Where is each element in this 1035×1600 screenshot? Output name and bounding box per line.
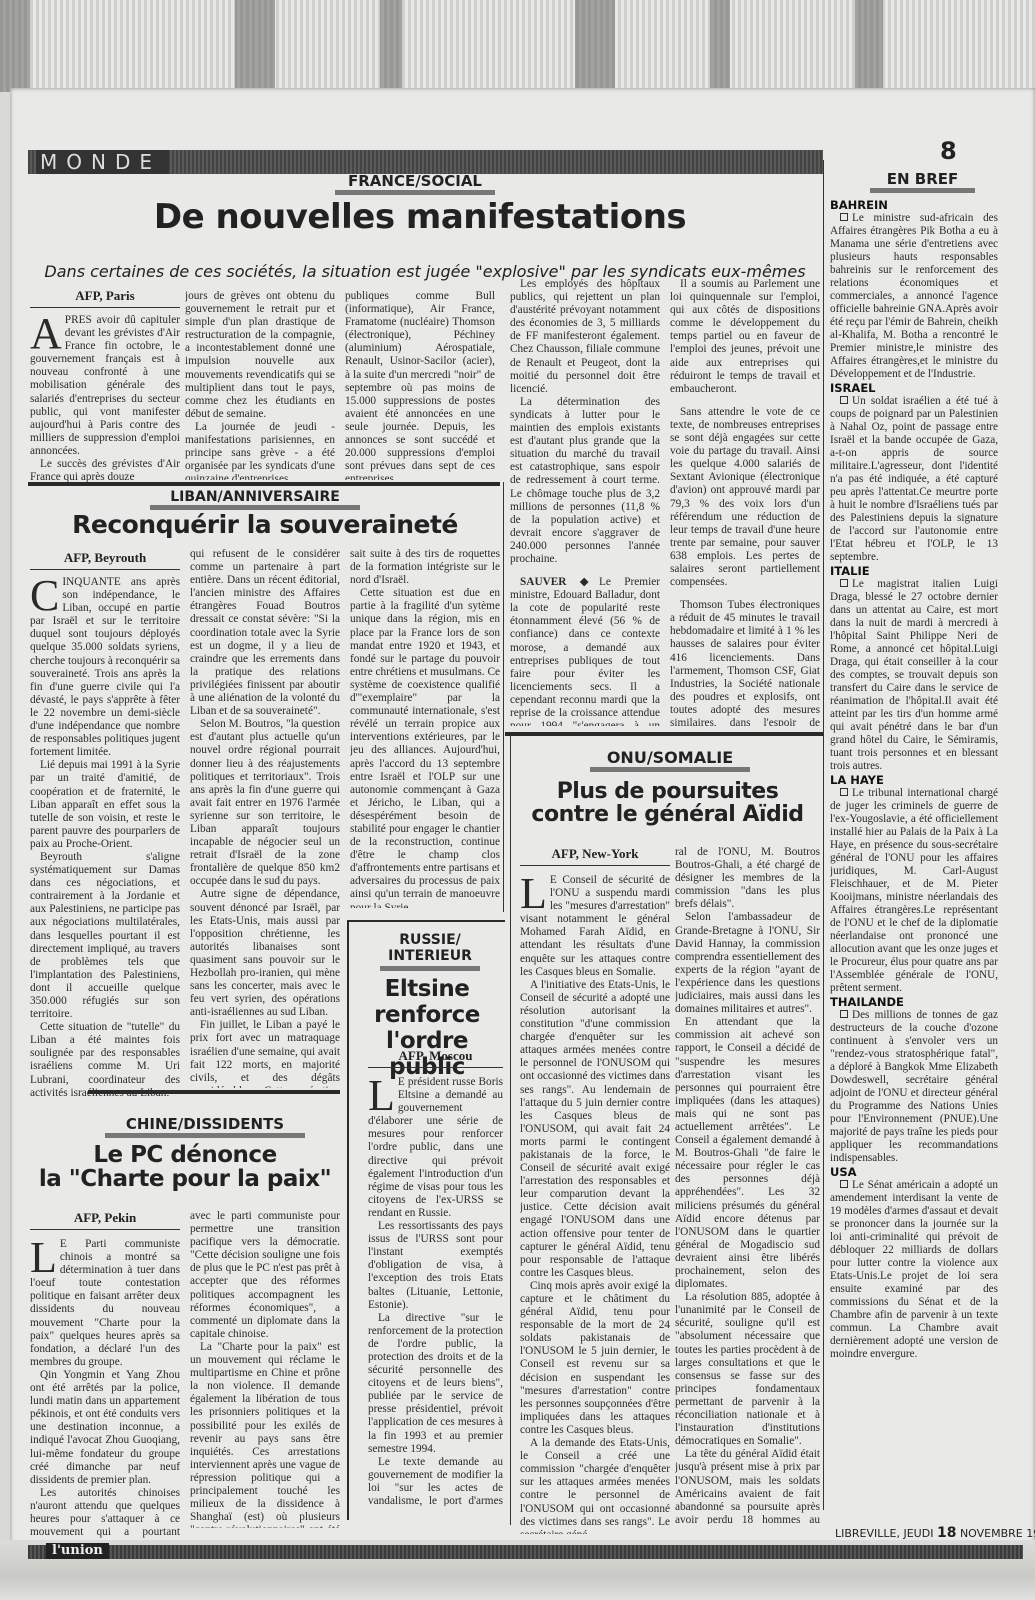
- bullet-box-icon: [840, 788, 848, 796]
- bullet-box-icon: [840, 1010, 848, 1018]
- liban-kicker: LIBAN/ANNIVERSAIRE: [150, 489, 360, 510]
- paragraph: Il a soumis au Parlement une loi quinque…: [670, 278, 820, 396]
- somalie-kicker: ONU/SOMALIE: [590, 748, 750, 772]
- kicker-text: RUSSIE/: [380, 932, 480, 948]
- brief-country: THAILANDE: [830, 996, 998, 1009]
- brief-text: Des millions de tonnes de gaz destructeu…: [830, 1009, 998, 1164]
- chine-article-col1: AFP, Pekin LE Parti communiste chinois a…: [30, 1210, 180, 1538]
- paragraph: A la demande des Etats-Unis, le Conseil …: [520, 1437, 670, 1534]
- byline: AFP, Beyrouth: [30, 550, 180, 570]
- kicker-underline: [335, 190, 495, 195]
- russie-kicker: RUSSIE/ INTERIEUR: [380, 932, 480, 971]
- paragraph: avec le parti communiste pour permettre …: [190, 1210, 340, 1341]
- paragraph: Cinq mois après avoir exigé la capture e…: [520, 1280, 670, 1437]
- brief-country: ISRAEL: [830, 382, 998, 395]
- byline: AFP, Moscou: [368, 1048, 503, 1068]
- paragraph: sait suite à des tirs de roquettes de la…: [350, 548, 500, 587]
- chine-headline: Le PC dénonce la "Charte pour la paix": [30, 1143, 340, 1191]
- france-article-col5: Il a soumis au Parlement une loi quinque…: [670, 278, 820, 726]
- paragraph: A l'initiative des Etats-Unis, le Consei…: [520, 979, 670, 1280]
- footer-dateline: LIBREVILLE, JEUDI 18 NOVEMBRE 1993: [835, 1525, 1035, 1541]
- page-number: 8: [940, 137, 957, 165]
- paragraph: La résolution 885, adoptée à l'unanimité…: [675, 1291, 820, 1448]
- en-bref-header: EN BREF: [870, 170, 975, 193]
- paragraph: Fin juillet, le Liban a payé le prix for…: [190, 1019, 340, 1088]
- footer-bar: [28, 1545, 1023, 1559]
- dropcap: C: [30, 578, 59, 614]
- background-curtain: [0, 0, 1035, 92]
- kicker-underline: [870, 188, 975, 193]
- kicker-text: LIBAN/ANNIVERSAIRE: [150, 489, 360, 505]
- brief-text: Le magistrat italien Luigi Draga, blessé…: [830, 578, 998, 772]
- paragraph: Selon M. Boutros, "la question est d'aut…: [190, 718, 340, 888]
- paragraph: Cette situation est due en partie à la f…: [350, 587, 500, 908]
- headline-line: contre le général Aïdid: [515, 803, 820, 826]
- france-kicker: FRANCE/SOCIAL: [335, 172, 495, 195]
- dateline-month-year: NOVEMBRE 1993: [960, 1527, 1035, 1540]
- brief-item: ISRAEL Un soldat israélien a été tué à c…: [830, 382, 998, 564]
- liban-article-col2: qui refusent de le considérer comme un p…: [190, 548, 340, 1088]
- dropcap: L: [520, 876, 547, 912]
- headline-line: Plus de poursuites: [515, 780, 820, 803]
- kicker-text: ONU/SOMALIE: [590, 748, 750, 767]
- france-headline: De nouvelles manifestations: [100, 200, 740, 236]
- kicker-text: EN BREF: [870, 170, 975, 188]
- kicker-underline: [590, 767, 750, 772]
- paragraph: Lié depuis mai 1991 à la Syrie par un tr…: [30, 759, 180, 851]
- russie-article: AFP, Moscou LE président russe Boris Elt…: [368, 1048, 503, 1506]
- paragraph: qui refusent de le considérer comme un p…: [190, 548, 340, 718]
- france-article-col1: AFP, Paris APRES avoir dû capituler deva…: [30, 288, 180, 484]
- paragraph: publiques comme Bull (informatique), Air…: [345, 290, 495, 480]
- kicker-underline: [105, 1133, 305, 1138]
- headline-line: Le PC dénonce: [30, 1143, 340, 1167]
- brief-country: LA HAYE: [830, 774, 998, 787]
- bullet-box-icon: [840, 1180, 848, 1188]
- brief-text: Un soldat israélien a été tué à coups de…: [830, 395, 998, 563]
- paragraph: Selon l'ambassadeur de Grande-Bretagne à…: [675, 911, 820, 1016]
- dropcap: L: [368, 1078, 395, 1114]
- paragraph: Le texte demande au gouvernement de modi…: [368, 1456, 503, 1506]
- bullet-box-icon: [840, 213, 848, 221]
- liban-article-col1: AFP, Beyrouth CINQUANTE ans après son in…: [30, 550, 180, 1096]
- kicker-text: FRANCE/SOCIAL: [335, 172, 495, 190]
- brief-item: THAILANDE Des millions de tonnes de gaz …: [830, 996, 998, 1165]
- paragraph: La tête du général Aïdid était jusqu'à p…: [675, 1448, 820, 1524]
- paragraph: Le succès des grévistes d'Air France qui…: [30, 458, 180, 484]
- paragraph: Thomson Tubes électroniques a réduit de …: [670, 599, 820, 726]
- subhead-lead: SAUVER: [520, 576, 566, 588]
- bullet-box-icon: [840, 396, 848, 404]
- paragraph: Qin Yongmin et Yang Zhou ont été arrêtés…: [30, 1369, 180, 1487]
- newspaper-logo: l'union: [46, 1543, 109, 1559]
- paragraph: ral de l'ONU, M. Boutros Boutros-Ghali, …: [675, 846, 820, 911]
- liban-article-col3: sait suite à des tirs de roquettes de la…: [350, 548, 500, 908]
- france-article-col4: Les employés des hôpitaux publics, qui r…: [510, 278, 660, 726]
- paragraph: La "Charte pour la paix" est un mouvemen…: [190, 1341, 340, 1528]
- brief-country: USA: [830, 1166, 998, 1179]
- kicker-text: CHINE/DISSIDENTS: [105, 1115, 305, 1133]
- paragraph: jours de grèves ont obtenu du gouverneme…: [185, 290, 335, 421]
- paragraph: Beyrouth s'aligne systématiquement sur D…: [30, 851, 180, 1021]
- en-bref-column: BAHREIN Le ministre sud-africain des Aff…: [830, 198, 998, 1518]
- liban-headline: Reconquérir la souveraineté: [40, 512, 490, 538]
- dropcap: L: [30, 1240, 57, 1276]
- brief-item: USA Le Sénat américain a adopté un amend…: [830, 1166, 998, 1361]
- article-divider: [88, 1090, 340, 1094]
- france-article-col2: jours de grèves ont obtenu du gouverneme…: [185, 290, 335, 480]
- paragraph: Autre signe de dépendance, souvent dénon…: [190, 888, 340, 1019]
- article-divider: [28, 482, 500, 486]
- kicker-underline: [380, 966, 480, 971]
- chine-kicker: CHINE/DISSIDENTS: [105, 1115, 305, 1138]
- headline-line: la "Charte pour la paix": [30, 1167, 340, 1191]
- dateline-city: LIBREVILLE, JEUDI: [835, 1527, 933, 1540]
- brief-text: Le tribunal international chargé de juge…: [830, 787, 998, 994]
- paragraph: La directive "sur le renforcement de la …: [368, 1312, 503, 1456]
- bullet-box-icon: [840, 579, 848, 587]
- column-divider: [503, 482, 504, 912]
- dateline-day: 18: [937, 1525, 956, 1541]
- brief-item: ITALIE Le magistrat italien Luigi Draga,…: [830, 565, 998, 773]
- brief-text: Le Sénat américain a adopté un amendemen…: [830, 1179, 998, 1360]
- byline: AFP, Pekin: [30, 1210, 180, 1230]
- kicker-text: INTERIEUR: [380, 948, 480, 964]
- brief-country: BAHREIN: [830, 199, 998, 212]
- paragraph: La journée de jeudi - manifestations par…: [185, 421, 335, 480]
- paragraph: Le Premier ministre, Edouard Balladur, d…: [510, 576, 660, 726]
- paragraph: Cette situation de "tutelle" du Liban a …: [30, 1021, 180, 1096]
- brief-country: ITALIE: [830, 565, 998, 578]
- france-article-col3: publiques comme Bull (informatique), Air…: [345, 290, 495, 480]
- somalie-article-col1: AFP, New-York LE Conseil de sécurité de …: [520, 846, 670, 1534]
- somalie-headline: Plus de poursuites contre le général Aïd…: [515, 780, 820, 826]
- column-divider: [823, 160, 824, 1510]
- paragraph: Les autorités chinoises n'auront attendu…: [30, 1487, 180, 1538]
- brief-text: Le ministre sud-africain des Affaires ét…: [830, 212, 998, 380]
- paragraph: Les ressortissants des pays issus de l'U…: [368, 1220, 503, 1312]
- somalie-article-col2: ral de l'ONU, M. Boutros Boutros-Ghali, …: [675, 846, 820, 1524]
- paragraph: Les employés des hôpitaux publics, qui r…: [510, 278, 660, 396]
- paragraph: Sans attendre le vote de ce texte, de no…: [670, 406, 820, 589]
- brief-item: LA HAYE Le tribunal international chargé…: [830, 774, 998, 995]
- brief-item: BAHREIN Le ministre sud-africain des Aff…: [830, 199, 998, 381]
- article-divider: [505, 732, 823, 736]
- dropcap: A: [30, 316, 62, 352]
- column-divider: [510, 735, 511, 1525]
- paragraph: En attendant que la commission ait achev…: [675, 1016, 820, 1291]
- chine-article-col2: avec le parti communiste pour permettre …: [190, 1210, 340, 1528]
- byline: AFP, Paris: [30, 288, 180, 308]
- paragraph: La détermination des syndicats à lutter …: [510, 396, 660, 566]
- byline: AFP, New-York: [520, 846, 670, 866]
- section-label: MONDE: [36, 150, 169, 174]
